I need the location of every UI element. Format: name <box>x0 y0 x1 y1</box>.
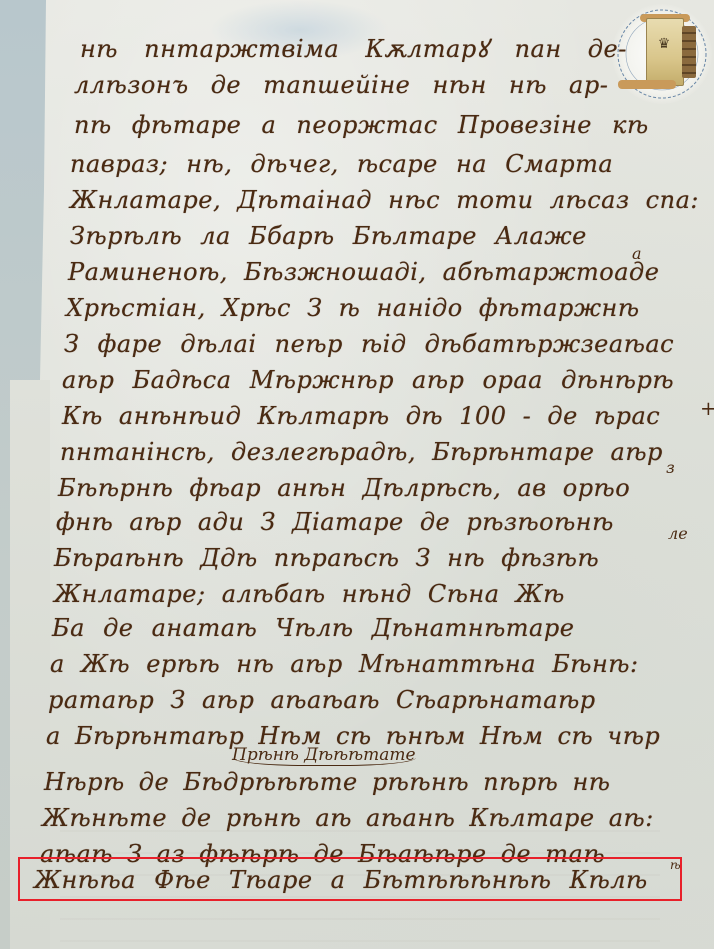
manuscript-line-17: Ба де анатаѣ Чѣлѣ Дѣнатнѣтаре <box>52 614 574 642</box>
margin-mark-le: ле <box>668 524 688 543</box>
manuscript-line-19: ратаѣр З аѣр аѣаѣаѣ Сѣарѣнатаѣр <box>48 686 596 714</box>
manuscript-line-8: Хрѣстіан, Хрѣс З ѣ нанідо фѣтаржнѣ <box>66 294 640 322</box>
manuscript-line-10: аѣр Бадѣса Мѣржнѣр аѣр ораа дѣнѣрѣ <box>62 366 674 394</box>
interlinear-insertion: Прѣнѣ Дѣѣѣтате <box>232 745 416 766</box>
manuscript-line-16: Жнлатаре; алѣбаѣ нѣнд Сѣна Жѣ <box>54 580 565 608</box>
manuscript-line-1: нѣ пнтаржтвіма Кѫлтарꙋ пан де- <box>80 32 627 65</box>
manuscript-text: нѣ пнтаржтвіма Кѫлтарꙋ пан де- ллѣзонъ д… <box>0 0 714 949</box>
manuscript-line-18: а Жѣ ерѣѣ нѣ аѣр Мѣнаттѣна Бѣнѣ: <box>50 650 639 678</box>
margin-mark-a: а <box>632 244 642 263</box>
manuscript-line-11: Кѣ анѣнѣид Кѣлтарѣ дѣ 100 - де ѣрас <box>62 402 660 430</box>
manuscript-line-6: Зѣрѣлѣ ла Ббарѣ Бѣлтаре Алаже <box>70 222 587 250</box>
manuscript-line-14: фнѣ аѣр ади З Діатаре де рѣзѣоѣнѣ <box>56 508 614 536</box>
manuscript-line-7: Раминеноѣ, Бѣзжношаді, абѣтаржтоаде <box>68 258 659 286</box>
manuscript-line-12: пнтанінсѣ, дезлегѣрадѣ, Бѣрѣнтаре аѣр <box>60 438 663 466</box>
manuscript-line-21: Нѣрѣ де Бѣдрѣѣѣте рѣѣнѣ пѣрѣ нѣ <box>44 768 610 796</box>
manuscript-line-5: Жнлатаре, Дѣтаінад нѣс тоти лѣсаз спа: <box>70 186 699 214</box>
manuscript-line-13: Бѣѣрнѣ фѣар анѣн Дѣлрѣсѣ, ав орѣо <box>58 474 630 502</box>
manuscript-line-22: Жѣнѣте де рѣнѣ аѣ аѣанѣ Кѣлтаре аѣ: <box>42 804 654 832</box>
highlight-box-final-line <box>18 857 682 901</box>
manuscript-line-3: пѣ фѣтаре а пеоржтас Провезіне кѣ <box>74 111 649 139</box>
manuscript-line-2: ллѣзонъ де тапшейіне нѣн нѣ ар- <box>74 71 608 99</box>
manuscript-line-15: Бѣраѣнѣ Ддѣ пѣраѣсѣ З нѣ фѣзѣѣ <box>54 544 599 572</box>
margin-mark-z: з <box>666 458 675 477</box>
manuscript-line-4: павраз; нѣ, дѣчег, ѣсаре на Смарта <box>70 150 613 178</box>
manuscript-line-9: З фаре дѣлаі пеѣр ѣід дѣбатѣржзеаѣас <box>64 330 674 358</box>
margin-mark-plus: + <box>700 396 714 420</box>
